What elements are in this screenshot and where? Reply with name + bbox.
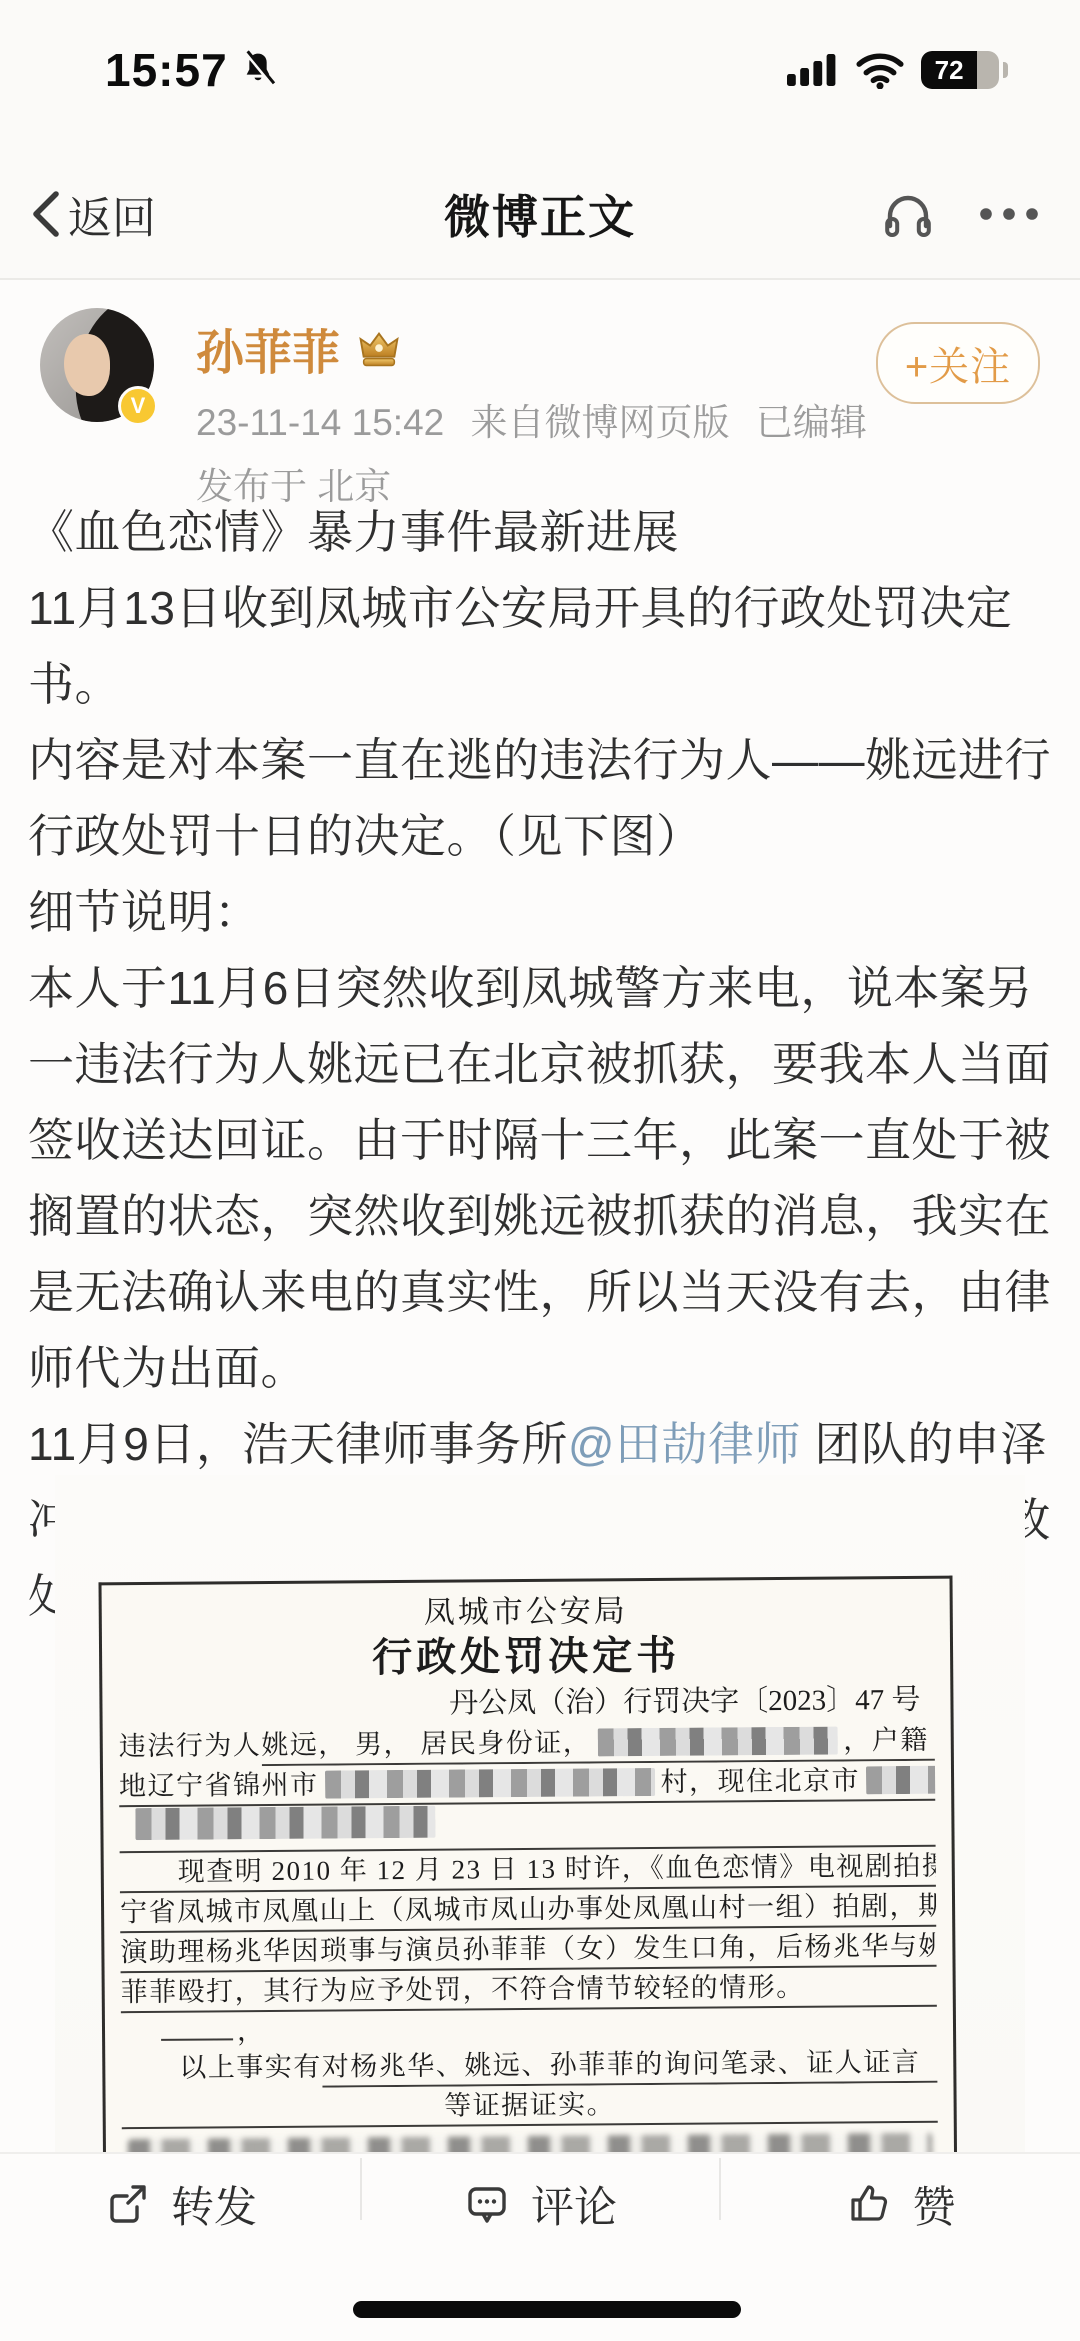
headphones-icon[interactable] xyxy=(882,188,934,240)
status-time: 15:57 xyxy=(105,43,228,97)
like-label: 赞 xyxy=(913,2174,956,2235)
offender-value: 姚远， 男， 居民身份证，，户籍 xyxy=(261,1721,935,1766)
follow-button-label: +关注 xyxy=(905,335,1011,392)
mention-link[interactable]: @田劼律师 xyxy=(568,1418,801,1470)
document-body-line: 菲菲殴打，其行为应予处罚，不符合情节较轻的情形。 xyxy=(121,1967,937,2013)
redaction-mosaic xyxy=(324,1768,654,1799)
document-body-line: 宁省凤城市凤凰山上（凤城市凤山办事处凤凰山村一组）拍剧，期间，导 xyxy=(120,1887,936,1933)
avatar-face-shape xyxy=(64,334,110,396)
wifi-icon xyxy=(855,51,905,89)
like-button[interactable]: 赞 xyxy=(720,2174,1080,2235)
toolbar-separator xyxy=(360,2158,362,2220)
repost-icon xyxy=(103,2180,151,2228)
post-body: 《血色恋情》暴力事件最新进展 11月13日收到凤城市公安局开具的行政处罚决定书。… xyxy=(28,494,1056,1634)
post-paragraph: 本人于11月6日突然收到凤城警方来电，说本案另一违法行为人姚远已在北京被抓获，要… xyxy=(28,950,1056,1406)
bottom-toolbar: 转发 评论 赞 xyxy=(0,2152,1080,2254)
document-line-redacted xyxy=(119,1801,935,1853)
battery-percent: 72 xyxy=(935,55,964,86)
status-right-group: 72 xyxy=(787,51,1008,89)
document-title: 行政处罚决定书 xyxy=(118,1629,934,1685)
attached-document-image[interactable]: 凤城市公安局 行政处罚决定书 丹公凤（治）行罚决字〔2023〕47 号 违法行为… xyxy=(55,1475,1025,2158)
battery-nub xyxy=(1003,62,1008,78)
comment-label: 评论 xyxy=(531,2174,617,2235)
toolbar-separator xyxy=(719,2158,721,2220)
more-icon[interactable] xyxy=(974,188,1044,240)
status-bar: 15:57 72 xyxy=(0,28,1080,112)
document-body-line: 现查明 2010 年 12 月 23 日 13 时许，《血色恋情》电视剧拍摄组，… xyxy=(120,1847,936,1893)
document-line-offender: 违法行为人 姚远， 男， 居民身份证，，户籍 xyxy=(119,1721,935,1767)
comment-icon xyxy=(463,2180,511,2228)
battery-icon: 72 xyxy=(921,51,999,89)
mention-pre-text: 11月9日，浩天律师事务所 xyxy=(28,1418,568,1470)
short-rule xyxy=(161,2038,233,2041)
repost-button[interactable]: 转发 xyxy=(0,2174,360,2235)
home-indicator[interactable] xyxy=(353,2301,741,2318)
document-case-number: 丹公凤（治）行罚决字〔2023〕47 号 xyxy=(118,1679,934,1727)
like-icon xyxy=(845,2180,893,2228)
cellular-signal-icon xyxy=(787,52,839,88)
nav-actions xyxy=(882,150,1044,278)
document-agency: 凤城市公安局 xyxy=(118,1589,934,1635)
redaction-mosaic xyxy=(135,1806,435,1840)
post-paragraph: 内容是对本案一直在逃的违法行为人——姚远进行行政处罚十日的决定。（见下图） xyxy=(28,722,1056,874)
edited-badge: 已编辑 xyxy=(756,402,867,443)
post-meta-line: 23-11-14 15:42 来自微博网页版 已编辑 xyxy=(196,392,883,446)
document-body-line: 演助理杨兆华因琐事与演员孙菲菲（女）发生口角，后杨兆华与姚远将孙 xyxy=(120,1927,936,1973)
follow-button[interactable]: +关注 xyxy=(876,322,1040,404)
bell-slash-icon xyxy=(238,48,278,92)
post-header: V 孙菲菲 23-11-14 15:42 来自微博网页版 xyxy=(40,300,1040,525)
document-line-evidence-cont: 等证据证实。 xyxy=(121,2083,937,2129)
post-paragraph: 细节说明： xyxy=(28,874,1056,950)
status-left-group: 15:57 xyxy=(105,43,278,97)
document-line-evidence: 以上事实有 对杨兆华、姚远、孙菲菲的询问笔录、证人证言 xyxy=(121,2043,937,2089)
redaction-mosaic xyxy=(597,1727,837,1757)
repost-label: 转发 xyxy=(171,2174,257,2235)
redaction-mosaic xyxy=(866,1765,935,1794)
comment-button[interactable]: 评论 xyxy=(360,2174,720,2235)
author-name[interactable]: 孙菲菲 xyxy=(196,314,340,383)
verified-badge-icon: V xyxy=(118,386,158,426)
offender-label: 违法行为人 xyxy=(119,1726,262,1767)
post-paragraph: 《血色恋情》暴力事件最新进展 xyxy=(28,494,1056,570)
post-paragraph: 11月13日收到凤城市公安局开具的行政处罚决定书。 xyxy=(28,570,1056,722)
vip-crown-badge-icon xyxy=(356,326,402,372)
post-source: 来自微博网页版 xyxy=(471,402,730,443)
nav-bar: 返回 微博正文 xyxy=(0,150,1080,278)
post-timestamp: 23-11-14 15:42 xyxy=(196,402,444,443)
evidence-value: 对杨兆华、姚远、孙菲菲的询问笔录、证人证言 xyxy=(322,2043,938,2088)
evidence-label: 以上事实有 xyxy=(179,2048,322,2089)
document-paper: 凤城市公安局 行政处罚决定书 丹公凤（治）行罚决字〔2023〕47 号 违法行为… xyxy=(98,1576,957,2158)
document-line-address: 地辽宁省锦州市村，现住北京市 xyxy=(119,1761,935,1807)
